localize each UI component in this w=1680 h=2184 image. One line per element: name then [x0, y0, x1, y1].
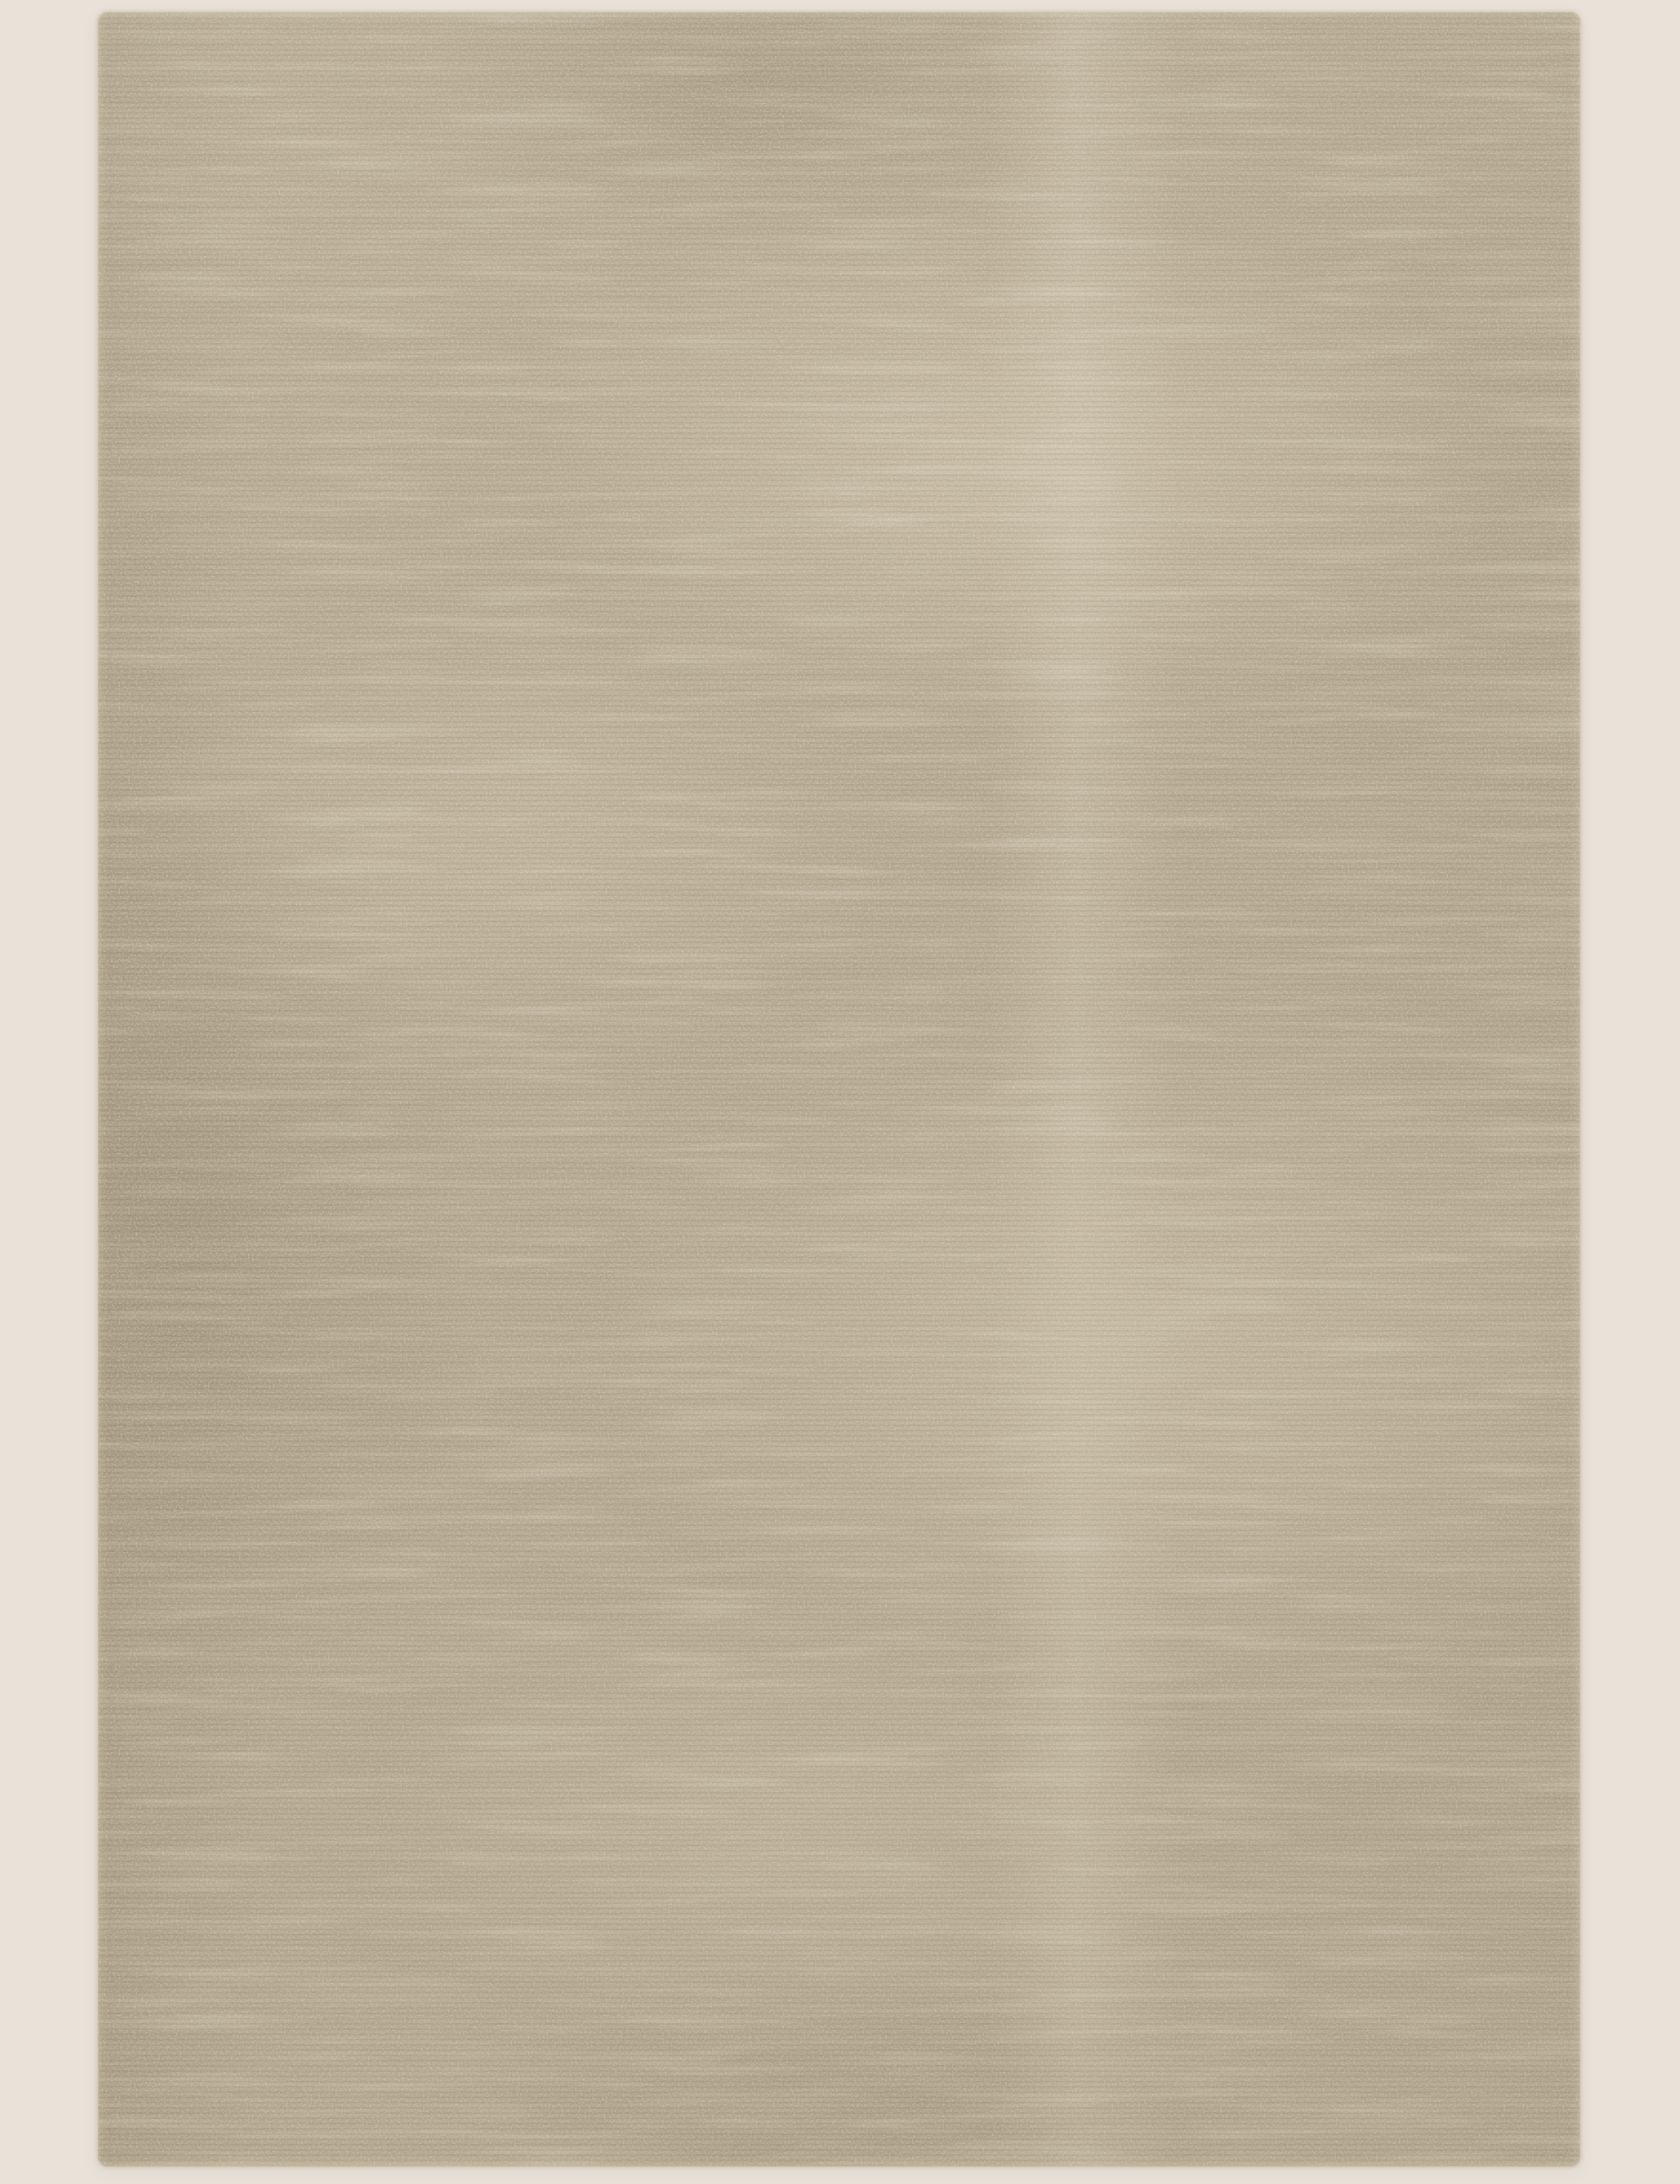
- rug-image: [98, 12, 1580, 2166]
- rug-sheen-overlay: [98, 12, 1580, 2166]
- photo-backdrop: [0, 0, 1680, 2184]
